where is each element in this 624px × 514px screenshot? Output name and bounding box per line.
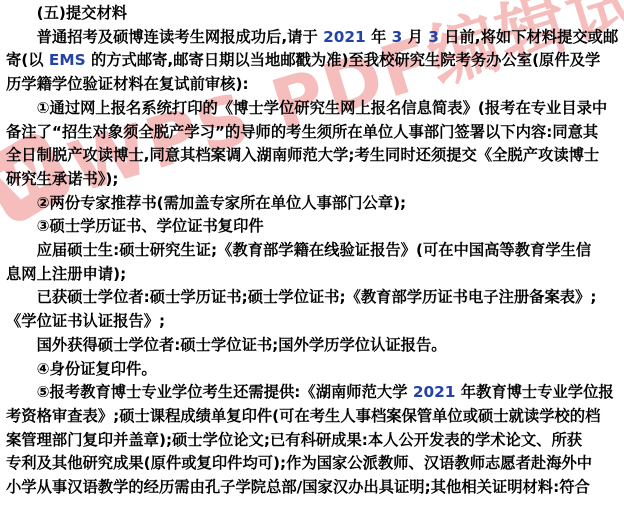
text-segment: 已获硕士学位者:硕士学历证书;硕士学位证书;《教育部学历证书电子注册备案表》;: [37, 288, 597, 306]
text-line: 案管理部门复印并盖章);硕士学位论文;已有科研成果:本人公开发表的学术论文、所获: [6, 429, 622, 453]
text-line: 备注了“招生对象须全脱产学习”的导师的考生须所在单位人事部门签署以下内容:同意其: [6, 121, 622, 145]
text-line: 全日制脱产攻读博士,同意其档案调入湖南师范大学;考生同时还须提交《全脱产攻读博士: [6, 144, 622, 168]
text-line: ⑤报考教育博士专业学位考生还需提供:《湖南师范大学 2021 年教育博士专业学位…: [6, 381, 622, 405]
text-segment: 考资格审查表》;硕士课程成绩单复印件(可在考生人事档案保管单位或硕士就读学校的档: [6, 407, 600, 425]
text-segment: ⑤报考教育博士专业学位考生还需提供:《湖南师范大学: [37, 383, 413, 401]
text-segment: ④身份证复印件。: [37, 360, 157, 378]
text-segment: 全日制脱产攻读博士,同意其档案调入湖南师范大学;考生同时还须提交《全脱产攻读博士: [6, 146, 599, 164]
text-line: 普通招考及硕博连读考生网报成功后,请于 2021 年 3 月 3 日前,将如下材…: [6, 26, 622, 50]
text-line: 研究生承诺书》);: [6, 168, 622, 192]
text-segment: 的方式邮寄,邮寄日期以当地邮戳为准)至我校研究生院考务办公室(原件及学: [86, 51, 601, 69]
text-segment: (五)提交材料: [37, 4, 127, 22]
text-segment: 国外获得硕士学位者:硕士学位证书;国外学历学位认证报告。: [37, 336, 447, 354]
text-segment: 专利及其他研究成果(原件或复印件均可);作为国家公派教师、汉语教师志愿者赴海外中: [6, 454, 592, 472]
text-line: 已获硕士学位者:硕士学历证书;硕士学位证书;《教育部学历证书电子注册备案表》;: [6, 286, 622, 310]
text-segment: 日前,将如下材料提交或邮: [439, 28, 618, 46]
text-line: 专利及其他研究成果(原件或复印件均可);作为国家公派教师、汉语教师志愿者赴海外中: [6, 452, 622, 476]
text-segment: 历学籍学位验证材料在复试前审核):: [6, 75, 249, 93]
text-segment: 小学从事汉语教学的经历需由孔子学院总部/国家汉办出具证明;其他相关证明材料:符合: [6, 478, 590, 496]
highlighted-value: 2021: [323, 28, 366, 46]
text-segment: 案管理部门复印并盖章);硕士学位论文;已有科研成果:本人公开发表的学术论文、所获: [6, 431, 582, 449]
text-line: 息网上注册申请);: [6, 263, 622, 287]
text-segment: ①通过网上报名系统打印的《博士学位研究生网上报名信息简表》(报考在专业目录中: [37, 99, 608, 117]
text-line: 小学从事汉语教学的经历需由孔子学院总部/国家汉办出具证明;其他相关证明材料:符合: [6, 476, 622, 500]
highlighted-value: 3: [428, 28, 439, 46]
text-segment: 年教育博士专业学位报: [455, 383, 613, 401]
text-line: 国外获得硕士学位者:硕士学位证书;国外学历学位认证报告。: [6, 334, 622, 358]
text-segment: 息网上注册申请);: [6, 265, 126, 283]
text-line: ③硕士学历证书、学位证书复印件: [6, 215, 622, 239]
text-segment: 普通招考及硕博连读考生网报成功后,请于: [37, 28, 323, 46]
text-segment: 应届硕士生:硕士研究生证;《教育部学籍在线验证报告》(可在中国高等教育学生信: [37, 241, 592, 259]
text-segment: 月: [402, 28, 428, 46]
text-segment: 研究生承诺书》);: [6, 170, 119, 188]
text-line: ①通过网上报名系统打印的《博士学位研究生网上报名信息简表》(报考在专业目录中: [6, 97, 622, 121]
text-line: 应届硕士生:硕士研究生证;《教育部学籍在线验证报告》(可在中国高等教育学生信: [6, 239, 622, 263]
highlighted-value: 3: [392, 28, 403, 46]
document-body: (五)提交材料普通招考及硕博连读考生网报成功后,请于 2021 年 3 月 3 …: [0, 0, 624, 514]
section-heading: (五)提交材料: [6, 2, 622, 26]
text-line: 《学位证书认证报告》;: [6, 310, 622, 334]
text-segment: 备注了“招生对象须全脱产学习”的导师的考生须所在单位人事部门签署以下内容:同意其: [6, 123, 598, 141]
text-line: ②两份专家推荐书(需加盖专家所在单位人事部门公章);: [6, 192, 622, 216]
highlighted-value: EMS: [49, 51, 86, 69]
text-line: ④身份证复印件。: [6, 358, 622, 382]
text-segment: 年: [366, 28, 392, 46]
text-segment: ③硕士学历证书、学位证书复印件: [37, 217, 264, 235]
text-line: 寄(以 EMS 的方式邮寄,邮寄日期以当地邮戳为准)至我校研究生院考务办公室(原…: [6, 49, 622, 73]
highlighted-value: 2021: [413, 383, 456, 401]
text-segment: 寄(以: [6, 51, 49, 69]
text-line: 历学籍学位验证材料在复试前审核):: [6, 73, 622, 97]
text-segment: ②两份专家推荐书(需加盖专家所在单位人事部门公章);: [37, 194, 407, 212]
text-line: 考资格审查表》;硕士课程成绩单复印件(可在考生人事档案保管单位或硕士就读学校的档: [6, 405, 622, 429]
document-page: W WPS PDF编辑试用 (五)提交材料普通招考及硕博连读考生网报成功后,请于…: [0, 0, 624, 514]
text-segment: 《学位证书认证报告》;: [6, 312, 165, 330]
